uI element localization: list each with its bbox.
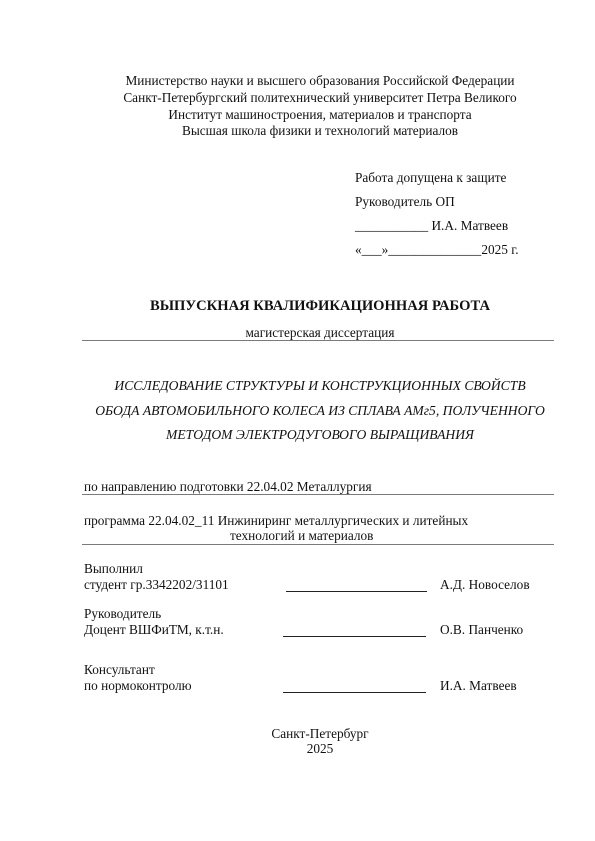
footer-city: Санкт-Петербург — [0, 727, 595, 740]
supervisor-role: Руководитель — [84, 607, 161, 620]
consultant-role: Консультант — [84, 663, 155, 676]
ministry-line: Министерство науки и высшего образования… — [0, 74, 595, 87]
university-line: Санкт-Петербургский политехнический унив… — [0, 91, 595, 104]
footer-year: 2025 — [0, 742, 595, 755]
program-divider — [82, 544, 554, 545]
topic-line-1: ИССЛЕДОВАНИЕ СТРУКТУРЫ И КОНСТРУКЦИОННЫХ… — [0, 379, 595, 393]
document-type: магистерская диссертация — [0, 326, 595, 339]
admitted-label: Работа допущена к защите — [355, 171, 506, 184]
head-signature-line: ___________ И.А. Матвеев — [355, 219, 508, 232]
supervisor-title: Доцент ВШФиТМ, к.т.н. — [84, 623, 224, 636]
topic-line-2: ОБОДА АВТОМОБИЛЬНОГО КОЛЕСА ИЗ СПЛАВА АМ… — [0, 404, 595, 418]
consultant-subject: по нормоконтролю — [84, 679, 192, 692]
direction-line: по направлению подготовки 22.04.02 Метал… — [84, 480, 372, 493]
student-group: студент гр.3342202/31101 — [84, 578, 229, 591]
supervisor-name: О.В. Панченко — [440, 623, 523, 636]
approval-date-line: «___»______________2025 г. — [355, 243, 519, 256]
document-title: ВЫПУСКНАЯ КВАЛИФИКАЦИОННАЯ РАБОТА — [0, 299, 595, 314]
student-signature-line — [286, 591, 427, 592]
school-line: Высшая школа физики и технологий материа… — [0, 124, 595, 137]
student-role: Выполнил — [84, 562, 143, 575]
institute-line: Институт машиностроения, материалов и тр… — [0, 108, 595, 121]
title-divider — [82, 340, 554, 341]
supervisor-signature-line — [283, 636, 426, 637]
direction-divider — [82, 494, 554, 495]
consultant-signature-line — [283, 692, 426, 693]
topic-line-3: МЕТОДОМ ЭЛЕКТРОДУГОВОГО ВЫРАЩИВАНИЯ — [0, 428, 595, 442]
program-line-1: программа 22.04.02_11 Инжиниринг металлу… — [84, 514, 468, 527]
head-title: Руководитель ОП — [355, 195, 455, 208]
student-name: А.Д. Новоселов — [440, 578, 530, 591]
consultant-name: И.А. Матвеев — [440, 679, 517, 692]
program-line-2: технологий и материалов — [230, 529, 373, 542]
